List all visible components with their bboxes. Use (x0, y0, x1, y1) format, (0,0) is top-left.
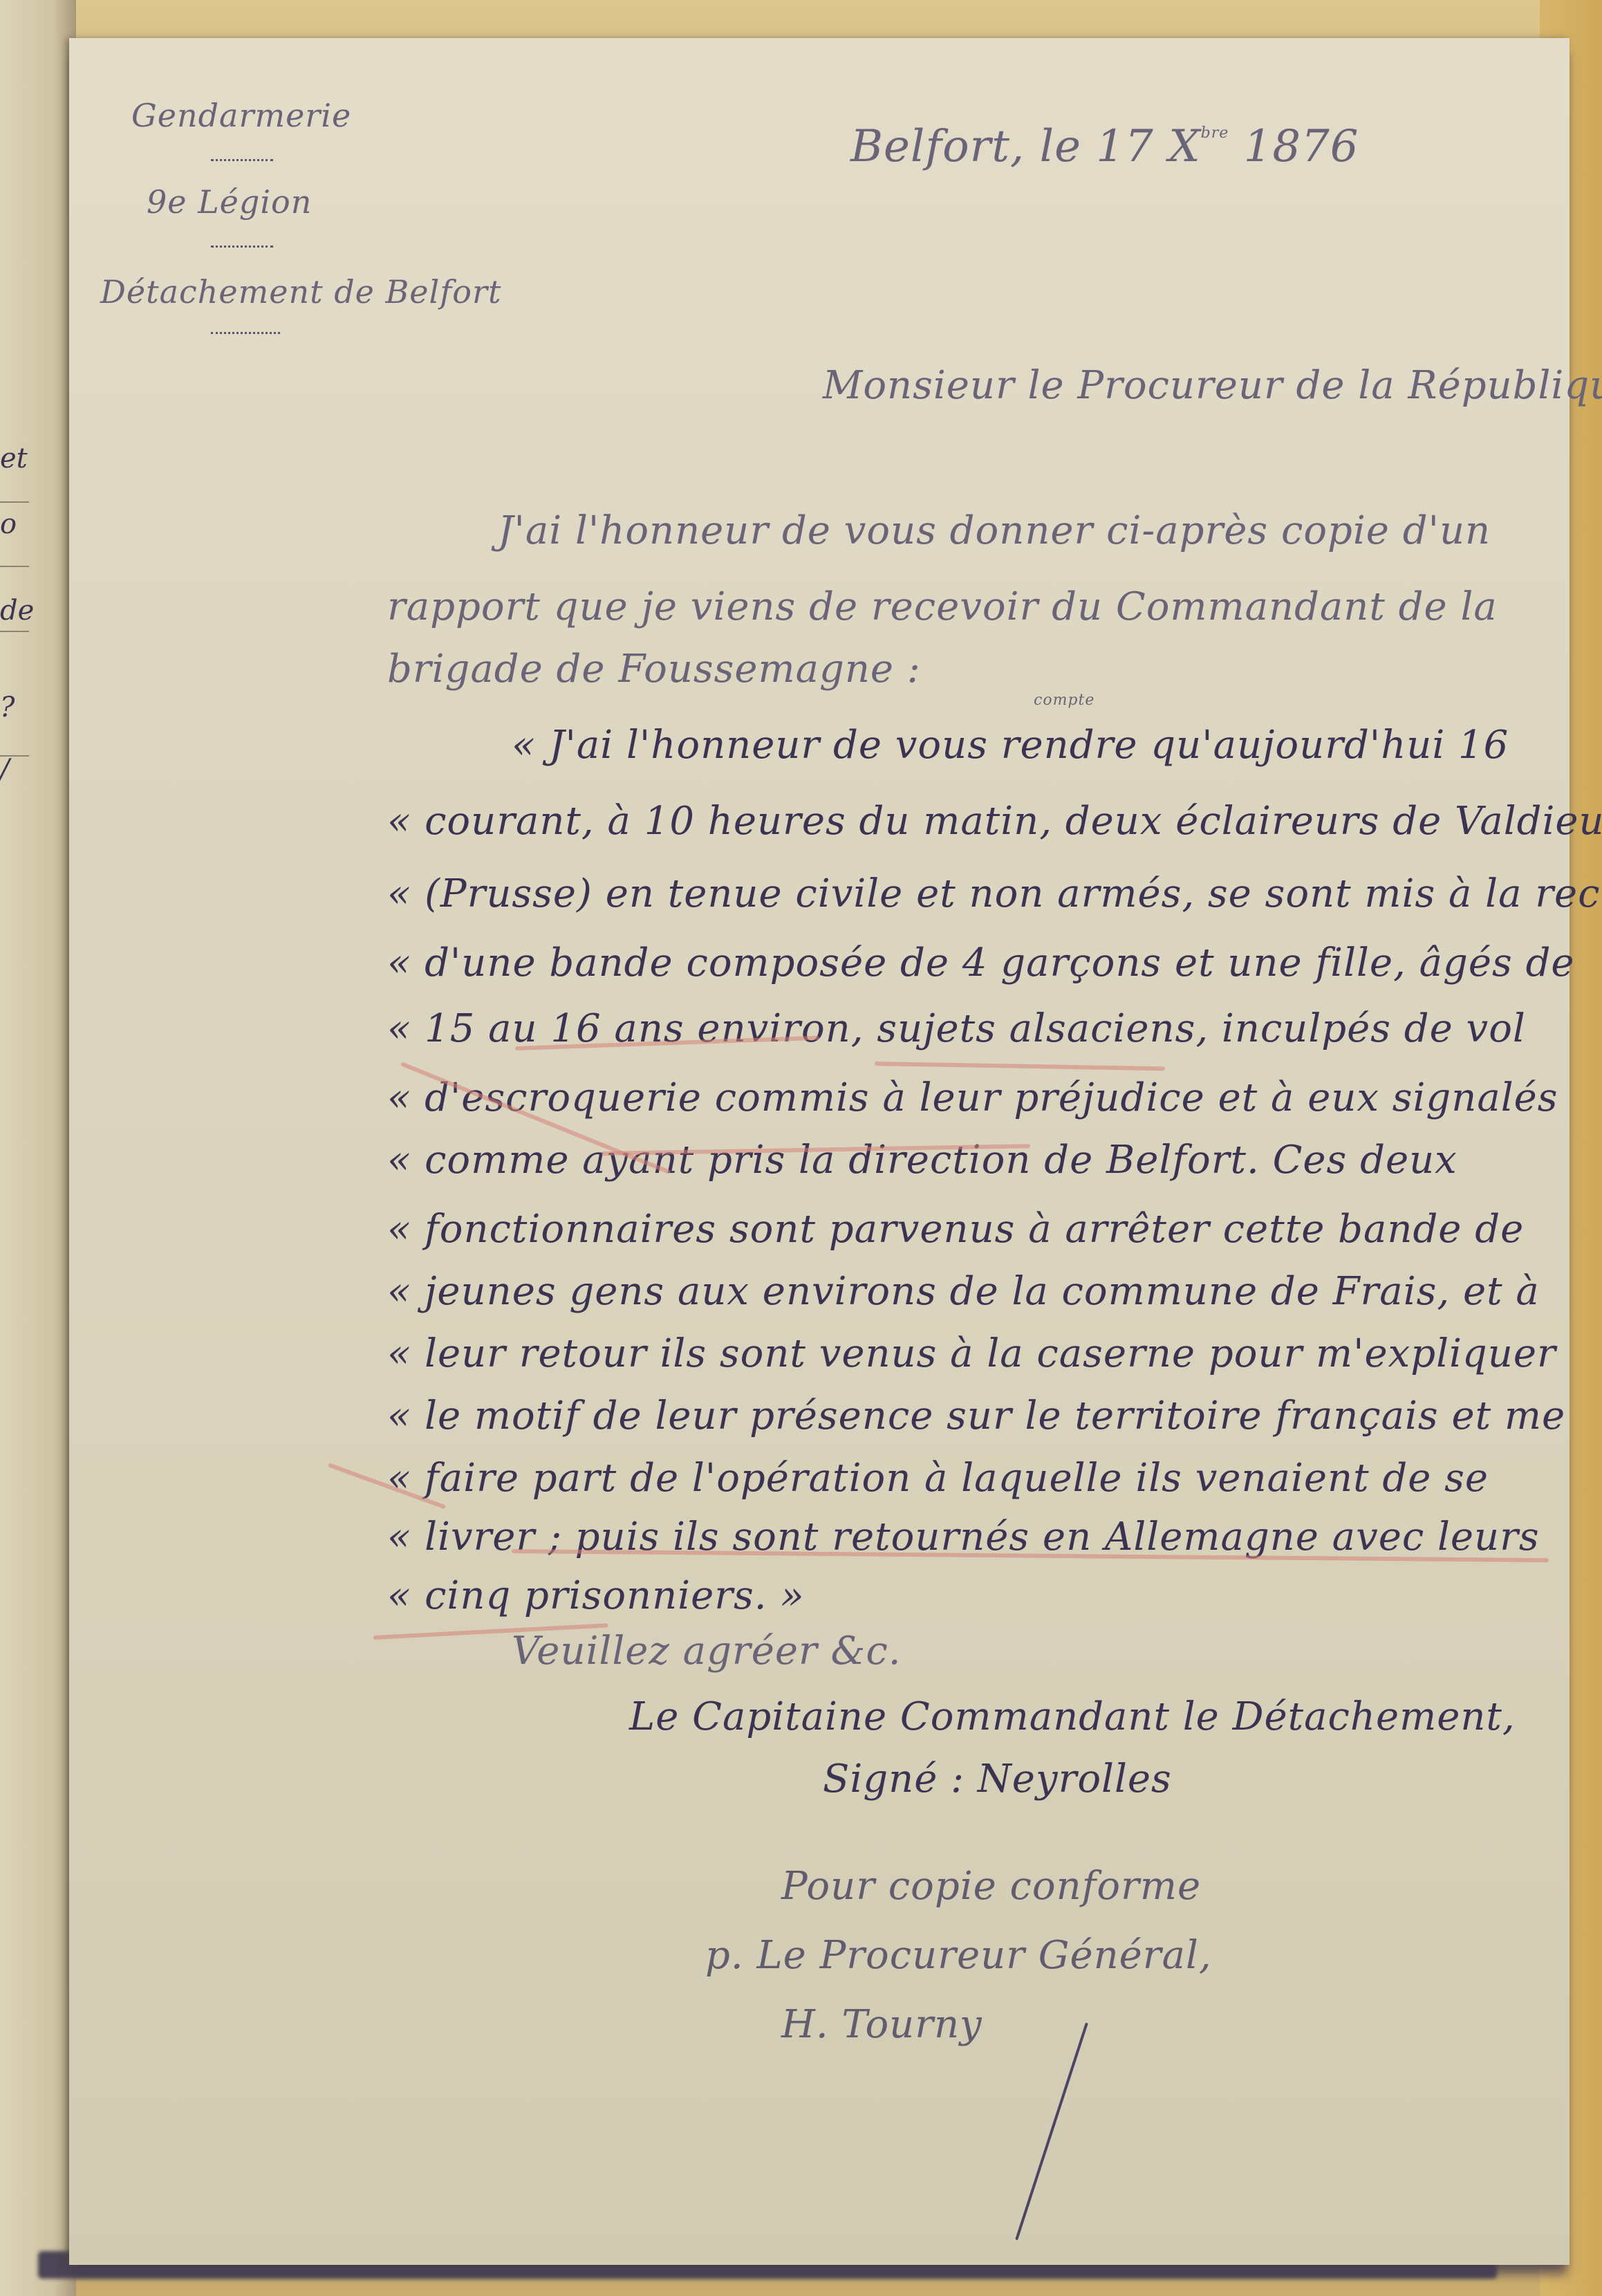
ruled-line (0, 501, 29, 503)
ornamental-divider (211, 159, 273, 161)
ornamental-divider (211, 332, 280, 334)
ruled-line (0, 566, 29, 567)
dateline-place: Belfort, (850, 121, 1025, 172)
letter-page: Gendarmerie 9e Légion Détachement de Bel… (69, 38, 1570, 2265)
ornamental-divider (211, 246, 273, 248)
intro-line-2: rapport que je viens de recevoir du Comm… (387, 584, 1498, 629)
report-line-12: « faire part de l'opération à laquelle i… (387, 1456, 1489, 1501)
red-pencil-underline (875, 1062, 1165, 1071)
certification-signature: H. Tourny (781, 2002, 982, 2047)
under-sheet-fragment: / (0, 754, 9, 786)
salutation: Monsieur le Procureur de la République (823, 363, 1602, 408)
report-line-4: « d'une bande composée de 4 garçons et u… (387, 941, 1575, 985)
dateline: Belfort, le 17 Xbre 1876 (850, 121, 1359, 172)
closing-title: Le Capitaine Commandant le Détachement, (629, 1694, 1516, 1739)
report-line-2: « courant, à 10 heures du matin, deux éc… (387, 799, 1602, 844)
dateline-month-sup: bre (1201, 124, 1229, 142)
certification-line-1: Pour copie conforme (781, 1864, 1201, 1909)
intro-line-3: brigade de Foussemagne : (387, 647, 921, 692)
report-line-9: « jeunes gens aux environs de la commune… (387, 1269, 1540, 1314)
dateline-year: 1876 (1244, 121, 1359, 172)
report-line-3: « (Prusse) en tenue civile et non armés,… (387, 871, 1602, 916)
under-sheet-fragment: o (0, 508, 17, 540)
inserted-word-compte: compte (1034, 692, 1095, 709)
report-line-11: « le motif de leur présence sur le terri… (387, 1394, 1565, 1438)
report-line-14: « cinq prisonniers. » (387, 1573, 805, 1618)
under-sheet-fragment: ? (0, 692, 15, 723)
report-line-1: « J'ai l'honneur de vous rendre qu'aujou… (512, 723, 1509, 768)
closing-signed: Signé : Neyrolles (823, 1757, 1172, 1802)
letterhead-gendarmerie: Gendarmerie (131, 97, 351, 134)
report-line-8: « fonctionnaires sont parvenus à arrêter… (387, 1207, 1524, 1252)
report-line-6: « d'escroquerie commis à leur préjudice … (387, 1075, 1558, 1120)
intro-line-1: J'ai l'honneur de vous donner ci-après c… (498, 508, 1491, 553)
ruled-line (0, 631, 29, 632)
report-line-10: « leur retour ils sont venus à la casern… (387, 1331, 1556, 1376)
report-line-7: « comme ayant pris la direction de Belfo… (387, 1138, 1457, 1183)
dateline-day: le 17 (1040, 121, 1154, 172)
signature-flourish (1015, 2022, 1088, 2240)
certification-line-2: p. Le Procureur Général, (705, 1933, 1212, 1978)
letterhead-legion: 9e Légion (147, 183, 312, 221)
under-sheet-fragment: et (0, 443, 28, 474)
under-sheet-fragment: de (0, 595, 34, 627)
dateline-month: X (1168, 121, 1201, 172)
underlying-page-edge: et o de ? / (0, 0, 76, 2296)
closing-formula: Veuillez agréer &c. (512, 1629, 902, 1674)
letterhead-detachment: Détachement de Belfort (100, 273, 501, 311)
